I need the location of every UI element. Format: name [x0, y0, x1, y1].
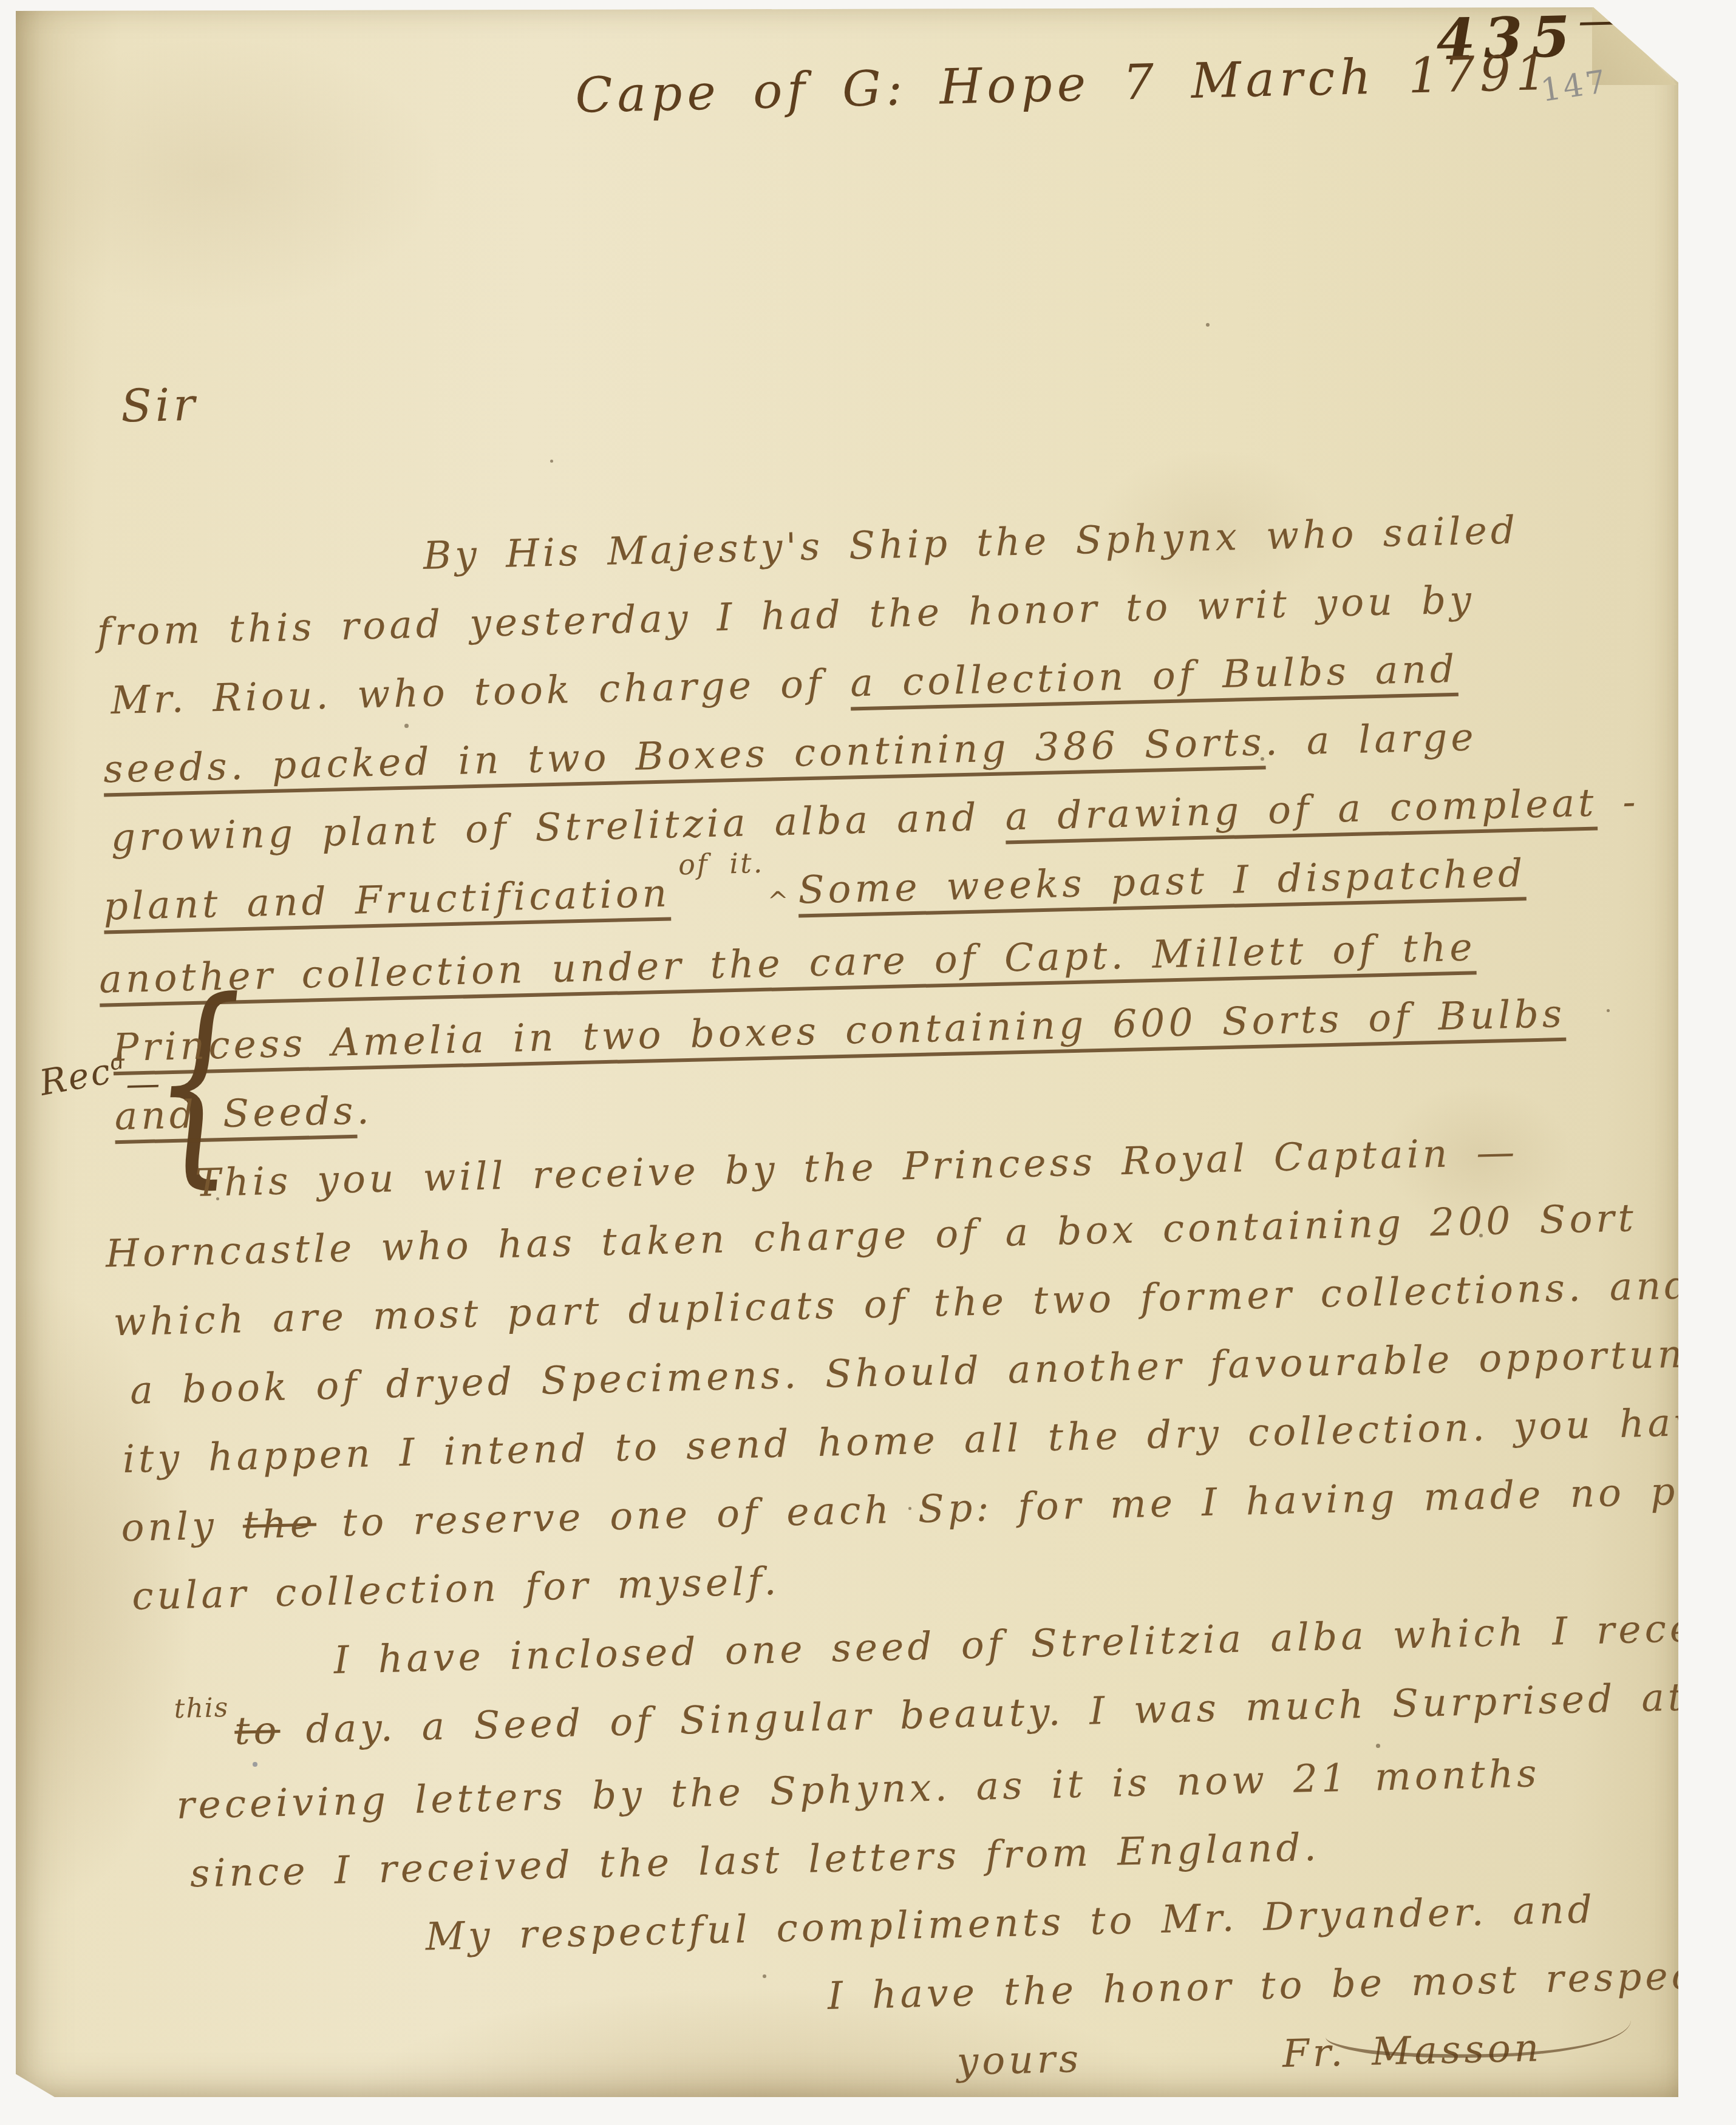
- letter-salutation: Sir: [120, 379, 199, 433]
- interline-insertion: this: [173, 1673, 230, 1743]
- page-number-flourish: —: [1578, 0, 1630, 46]
- underlined-text: a drawing of a compleat: [1005, 781, 1598, 845]
- letter-dateline: Cape of G: Hope 7 March 1791: [574, 44, 1552, 124]
- line-text: cular collection for myself.: [131, 1559, 780, 1619]
- line-text: . a large: [1265, 715, 1478, 764]
- underlined-text: plant and Fructification: [103, 871, 672, 934]
- letter-paper-sheet: 435— 147 Cape of G: Hope 7 March 1791 Si…: [16, 7, 1678, 2097]
- struck-text: to: [234, 1708, 281, 1753]
- underlined-text: Some weeks past I dispatched: [798, 851, 1527, 917]
- line-text: only: [121, 1503, 243, 1550]
- handwritten-text-layer: 435— 147 Cape of G: Hope 7 March 1791 Si…: [0, 0, 1703, 2117]
- line-text: By His Majesty's Ship the Sphynx who sai…: [423, 508, 1519, 577]
- closing-yours: yours: [956, 2036, 1083, 2084]
- underlined-text: and Seeds: [114, 1089, 358, 1144]
- struck-text: the: [242, 1501, 317, 1548]
- insertion-caret: ^: [766, 866, 793, 936]
- letter-body: By His Majesty's Ship the Sphynx who sai…: [4, 492, 1703, 2118]
- line-text: -: [1596, 780, 1639, 825]
- line-text: .: [356, 1088, 373, 1133]
- line-text: Mr. Riou. who took charge of: [111, 661, 851, 722]
- line-text: growing plant of Strelitzia alba and: [111, 794, 1006, 860]
- underlined-text: a collection of Bulbs and: [849, 647, 1459, 711]
- signature-gap: [1083, 2067, 1283, 2072]
- interline-insertion: of it.: [678, 829, 765, 899]
